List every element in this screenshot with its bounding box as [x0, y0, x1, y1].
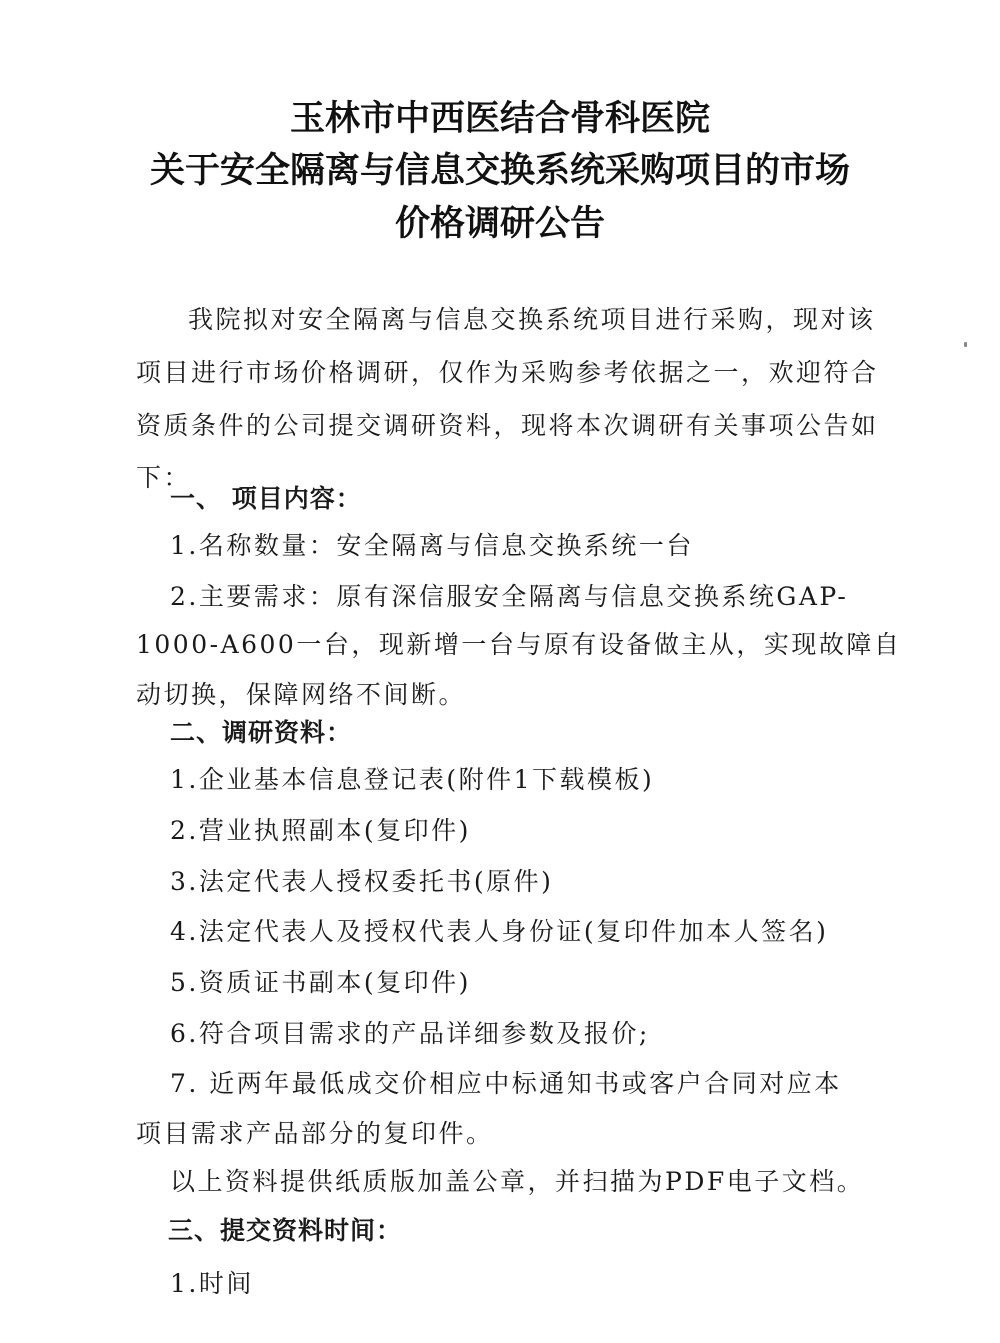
section2-item-7: 7. 近两年最低成交价相应中标通知书或客户合同对应本 [170, 1066, 842, 1102]
section3-item-1: 1.时间 [170, 1266, 254, 1302]
intro-line-3: 资质条件的公司提交调研资料，现将本次调研有关事项公告如 [136, 408, 879, 444]
section1-heading: 一、 项目内容： [170, 481, 362, 517]
title-hospital-name: 玉林市中西医结合骨科医院 [0, 94, 1000, 144]
section2-heading: 二、调研资料： [170, 715, 352, 751]
section1-item-1: 1.名称数量：安全隔离与信息交换系统一台 [170, 528, 694, 564]
title-subject: 关于安全隔离与信息交换系统采购项目的市场 [0, 146, 1000, 196]
section2-item-2: 2.营业执照副本(复印件) [170, 813, 471, 849]
scan-speck [964, 342, 967, 347]
section2-item-5: 5.资质证书副本(复印件) [170, 965, 471, 1001]
section2-item-4: 4.法定代表人及授权代表人身份证(复印件加本人签名) [170, 914, 828, 950]
section2-item-3: 3.法定代表人授权委托书(原件) [170, 864, 553, 900]
section2-note: 以上资料提供纸质版加盖公章，并扫描为PDF电子文档。 [170, 1164, 864, 1200]
section2-item-6: 6.符合项目需求的产品详细参数及报价; [170, 1016, 650, 1052]
intro-line-2: 项目进行市场价格调研，仅作为采购参考依据之一，欢迎符合 [136, 355, 879, 391]
section2-item-1: 1.企业基本信息登记表(附件1下载模板) [170, 762, 654, 798]
title-notice: 价格调研公告 [0, 199, 1000, 249]
section1-item-2: 2.主要需求：原有深信服安全隔离与信息交换系统GAP- [170, 579, 848, 615]
section2-item-7-cont: 项目需求产品部分的复印件。 [136, 1116, 494, 1152]
intro-line-1: 我院拟对安全隔离与信息交换系统项目进行采购，现对该 [188, 302, 876, 338]
document-page: 玉林市中西医结合骨科医院 关于安全隔离与信息交换系统采购项目的市场 价格调研公告… [0, 0, 1000, 1343]
section1-item-2-cont-2: 动切换，保障网络不间断。 [136, 677, 466, 713]
section1-item-2-cont-1: 1000-A600一台，现新增一台与原有设备做主从，实现故障自 [136, 627, 901, 663]
section3-heading: 三、提交资料时间： [168, 1213, 402, 1249]
